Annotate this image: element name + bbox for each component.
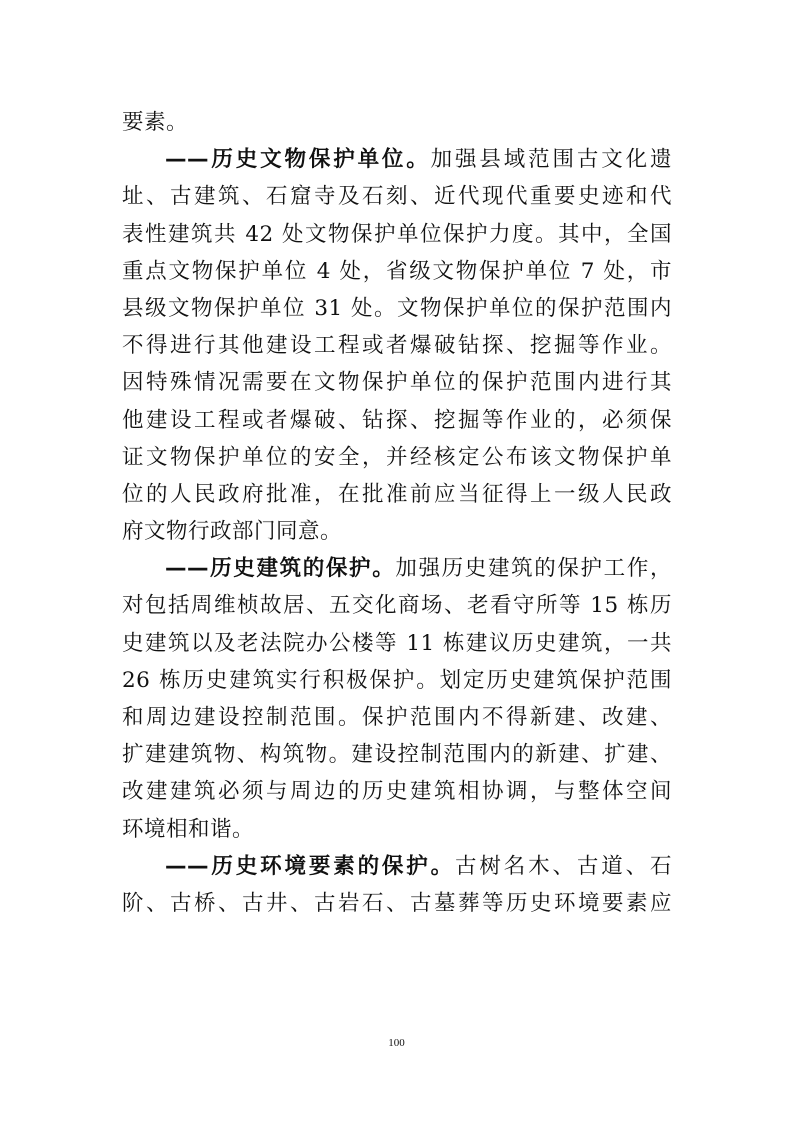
page-number: 100 xyxy=(0,1037,793,1049)
line-text: 证文物保护单位的安全，并经核定公布该文物保护单 xyxy=(122,445,672,470)
text-line: 址、古建筑、石窟寺及石刻、近代现代重要史迹和代 xyxy=(122,178,672,215)
section-heading-line: ——历史建筑的保护。加强历史建筑的保护工作， xyxy=(122,550,672,587)
text-line: 因特殊情况需要在文物保护单位的保护范围内进行其 xyxy=(122,364,672,401)
line-text: 因特殊情况需要在文物保护单位的保护范围内进行其 xyxy=(122,370,672,395)
text-line: 环境相和谐。 xyxy=(122,811,672,848)
text-line: 表性建筑共 42 处文物保护单位保护力度。其中，全国 xyxy=(122,216,672,253)
text-line: 位的人民政府批准，在批准前应当征得上一级人民政 xyxy=(122,476,672,513)
text-line: 证文物保护单位的安全，并经核定公布该文物保护单 xyxy=(122,439,672,476)
section-title: ——历史建筑的保护。 xyxy=(165,556,395,581)
line-text: 表性建筑共 42 处文物保护单位保护力度。其中，全国 xyxy=(122,222,672,247)
line-text: 和周边建设控制范围。保护范围内不得新建、改建、 xyxy=(122,705,672,730)
text-line: 县级文物保护单位 31 处。文物保护单位的保护范围内 xyxy=(122,290,672,327)
text-line: 要素。 xyxy=(122,104,672,141)
text-line: 改建建筑必须与周边的历史建筑相协调，与整体空间 xyxy=(122,773,672,810)
text-line: 对包括周维桢故居、五交化商场、老看守所等 15 栋历 xyxy=(122,587,672,624)
line-text: 对包括周维桢故居、五交化商场、老看守所等 15 栋历 xyxy=(122,593,672,618)
line-text: 26 栋历史建筑实行积极保护。划定历史建筑保护范围 xyxy=(122,668,672,693)
text-line: 和周边建设控制范围。保护范围内不得新建、改建、 xyxy=(122,699,672,736)
line-text: 古树名木、古道、石 xyxy=(455,854,672,879)
section-title: ——历史环境要素的保护。 xyxy=(165,854,455,879)
line-text: 改建建筑必须与周边的历史建筑相协调，与整体空间 xyxy=(122,779,672,804)
text-line: 史建筑以及老法院办公楼等 11 栋建议历史建筑，一共 xyxy=(122,625,672,662)
section-title: ——历史文物保护单位。 xyxy=(165,147,431,172)
line-text: 位的人民政府批准，在批准前应当征得上一级人民政 xyxy=(122,482,672,507)
line-text: 加强县域范围古文化遗 xyxy=(431,147,672,172)
line-text: 府文物行政部门同意。 xyxy=(122,519,342,544)
section-heading-line: ——历史环境要素的保护。古树名木、古道、石 xyxy=(122,848,672,885)
line-text: 县级文物保护单位 31 处。文物保护单位的保护范围内 xyxy=(122,296,672,321)
line-text: 扩建建筑物、构筑物。建设控制范围内的新建、扩建、 xyxy=(122,742,672,767)
line-text: 他建设工程或者爆破、钻探、挖掘等作业的，必须保 xyxy=(122,408,672,433)
line-text: 重点文物保护单位 4 处，省级文物保护单位 7 处，市 xyxy=(122,259,672,284)
text-line: 重点文物保护单位 4 处，省级文物保护单位 7 处，市 xyxy=(122,253,672,290)
text-line: 他建设工程或者爆破、钻探、挖掘等作业的，必须保 xyxy=(122,402,672,439)
text-line: 府文物行政部门同意。 xyxy=(122,513,672,550)
document-body: 要素。——历史文物保护单位。加强县域范围古文化遗址、古建筑、石窟寺及石刻、近代现… xyxy=(122,104,672,922)
text-line: 不得进行其他建设工程或者爆破钻探、挖掘等作业。 xyxy=(122,327,672,364)
line-text: 加强历史建筑的保护工作， xyxy=(395,556,672,581)
line-text: 要素。 xyxy=(122,110,188,135)
text-line: 阶、古桥、古井、古岩石、古墓葬等历史环境要素应 xyxy=(122,885,672,922)
section-heading-line: ——历史文物保护单位。加强县域范围古文化遗 xyxy=(122,141,672,178)
text-line: 扩建建筑物、构筑物。建设控制范围内的新建、扩建、 xyxy=(122,736,672,773)
line-text: 阶、古桥、古井、古岩石、古墓葬等历史环境要素应 xyxy=(122,891,672,916)
line-text: 史建筑以及老法院办公楼等 11 栋建议历史建筑，一共 xyxy=(122,631,672,656)
line-text: 不得进行其他建设工程或者爆破钻探、挖掘等作业。 xyxy=(122,333,672,358)
line-text: 环境相和谐。 xyxy=(122,817,254,842)
text-line: 26 栋历史建筑实行积极保护。划定历史建筑保护范围 xyxy=(122,662,672,699)
line-text: 址、古建筑、石窟寺及石刻、近代现代重要史迹和代 xyxy=(122,184,672,209)
